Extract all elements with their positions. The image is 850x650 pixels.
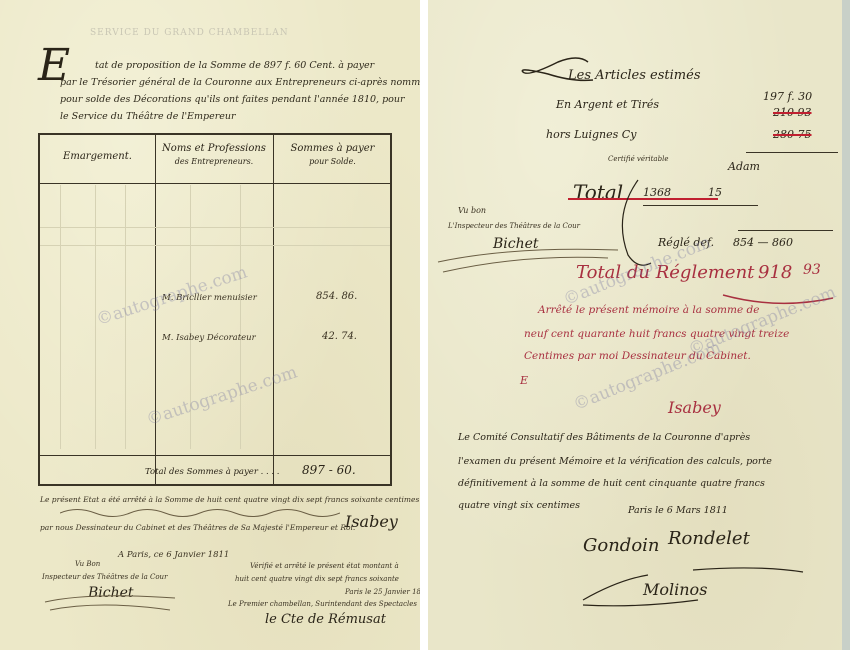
comite-line-1: Le Comité Consultatif des Bâtiments de l… — [458, 432, 750, 443]
vu-bon-label: Vu Bon — [75, 560, 100, 568]
signature-rondelet: Rondelet — [668, 528, 750, 549]
approval-line-2: huit cent quatre vingt dix sept francs s… — [235, 575, 399, 583]
left-page: Service du Grand Chambellan E tat de pro… — [0, 0, 420, 650]
table-row-amount: 42. 74. — [322, 331, 357, 342]
vu-bon-label: Vu bon — [458, 206, 486, 215]
comite-line-2: l'examen du présent Mémoire et la vérifi… — [458, 456, 772, 467]
header-divider — [40, 183, 390, 184]
item-value-struck: 280 75 — [773, 128, 812, 141]
column-header-emargement: Emargement. — [40, 151, 155, 162]
approval-line-1: Vérifié et arrêté le présent état montan… — [250, 562, 399, 570]
sum-rule — [746, 152, 838, 153]
total-divider — [40, 455, 390, 456]
heading-line-2: par le Trésorier général de la Couronne … — [60, 77, 420, 88]
arrete-initial: E — [520, 374, 528, 387]
total-reglement-value: 918 — [758, 262, 792, 283]
item-value-struck: 210 93 — [773, 106, 812, 119]
certified-text: Certifié véritable — [608, 155, 668, 163]
approval-line-4: Le Premier chambellan, Surintendant des … — [228, 600, 417, 608]
flourish-icon — [578, 560, 808, 610]
articles-header: Les Articles estimés — [568, 68, 701, 83]
signature-remusat: le Cte de Rémusat — [265, 612, 386, 627]
signature-isabey: Isabey — [345, 512, 398, 531]
table-row-amount: 854. 86. — [316, 291, 357, 302]
comite-line-4: quatre vingt six centimes — [458, 500, 580, 511]
heading-line-3: pour solde des Décorations qu'ils ont fa… — [60, 94, 405, 105]
column-header-amounts: Sommes à payer pour Solde. — [273, 143, 392, 166]
item-value: 197 f. 30 — [763, 90, 812, 103]
heading-line-4: le Service du Théâtre de l'Empereur — [60, 111, 236, 122]
flourish-icon — [40, 590, 180, 615]
regle-value: 854 — 860 — [733, 236, 793, 249]
column-header-names: Noms et Professions des Entrepreneurs. — [155, 143, 273, 166]
column-divider — [273, 135, 274, 484]
closing-line-2: par nous Dessinateur du Cabinet et des T… — [40, 523, 355, 532]
comite-date: Paris le 6 Mars 1811 — [628, 505, 728, 516]
regle-rule — [738, 230, 833, 231]
signature-isabey: Isabey — [668, 398, 721, 417]
item-label: En Argent et Tirés — [556, 98, 659, 111]
comite-line-3: définitivement à la somme de huit cent c… — [458, 478, 765, 489]
item-label: hors Luignes Cy — [546, 128, 636, 141]
certified-signature: Adam — [728, 160, 760, 173]
flourish-icon — [60, 506, 340, 520]
approval-line-3: Paris le 25 Janvier 1811. — [345, 588, 420, 596]
signature-gondoin: Gondoin — [583, 535, 660, 556]
page-edge — [842, 0, 850, 650]
total-rule — [643, 205, 758, 206]
closing-line-1: Le présent Etat a été arrêté à la Somme … — [40, 495, 419, 504]
date-line: A Paris, ce 6 Janvier 1811 — [118, 550, 229, 560]
inspector-title: L'Inspecteur des Théâtres de la Cour — [448, 222, 580, 230]
total-reglement-cents: 93 — [803, 262, 821, 278]
total-label: Total des Sommes à payer . . . . — [145, 467, 280, 477]
ledger-table: Emargement. Noms et Professions des Entr… — [38, 133, 392, 486]
inspector-title: Inspecteur des Théâtres de la Cour — [42, 573, 167, 581]
total-cents: 15 — [708, 186, 722, 199]
table-row-name: M. Isabey Décorateur — [162, 333, 256, 343]
total-value: 897 - 60. — [302, 463, 356, 477]
heading-line-1: tat de proposition de la Somme de 897 f.… — [95, 60, 374, 71]
right-page: Les Articles estimés En Argent et Tirés … — [428, 0, 842, 650]
letterhead: Service du Grand Chambellan — [90, 28, 289, 38]
